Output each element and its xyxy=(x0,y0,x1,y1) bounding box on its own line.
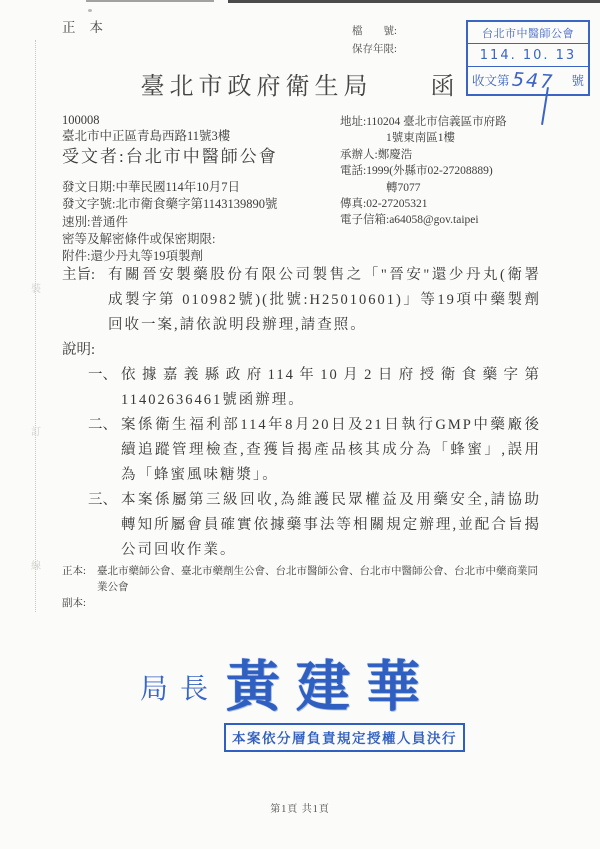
subject-row: 主旨: 有關晉安製藥股份有限公司製售之「"晉安"還少丹丸(衛署成製字第 0109… xyxy=(62,263,541,338)
scan-artifact-bar xyxy=(228,0,600,3)
explanation-item-2: 二、 案係衛生福利部114年8月20日及21日執行GMP中藥廠後續追蹤管理檢查,… xyxy=(88,413,541,488)
recipient-name: 台北市中醫師公會 xyxy=(126,147,278,166)
original-copy-row: 正本: 臺北市藥師公會、臺北市藥劑生公會、台北市醫師公會、台北市中醫師公會、台北… xyxy=(62,564,544,596)
explanation-label: 說明: xyxy=(62,338,541,363)
item-text: 案係衛生福利部114年8月20日及21日執行GMP中藥廠後續追蹤管理檢查,查獲旨… xyxy=(121,413,541,488)
distribution-block: 正本: 臺北市藥師公會、臺北市藥劑生公會、台北市醫師公會、台北市中醫師公會、台北… xyxy=(62,564,544,612)
recipient-label: 受文者: xyxy=(62,147,126,166)
issue-date-line: 發文日期:中華民國114年10月7日 xyxy=(62,179,278,196)
received-stamp-number-row: 收文第 號 547 xyxy=(468,67,588,94)
received-stamp-org: 台北市中醫師公會 xyxy=(468,22,588,44)
subject-text: 有關晉安製藥股份有限公司製售之「"晉安"還少丹丸(衛署成製字第 010982號)… xyxy=(108,263,541,338)
issue-number-line: 發文字號:北市衛食藥字第1143139890號 xyxy=(62,196,278,213)
priority-line: 速別:普通件 xyxy=(62,214,278,231)
letter-body: 主旨: 有關晉安製藥股份有限公司製售之「"晉安"還少丹丸(衛署成製字第 0109… xyxy=(62,263,541,563)
original-copy-label: 正本: xyxy=(62,564,97,596)
signer-title: 局長 xyxy=(140,667,220,707)
scan-artifact-dot xyxy=(88,9,92,12)
recipient-address: 臺北市中正區青島西路11號3樓 xyxy=(62,128,278,144)
signer-name-chop: 黃建華 xyxy=(226,643,436,722)
item-text: 本案係屬第三級回收,為維護民眾權益及用藥安全,請協助轉知所屬會員確實依據藥事法等… xyxy=(121,488,541,563)
item-number: 二、 xyxy=(88,413,121,488)
scan-artifact-bar xyxy=(86,0,214,2)
signature-row: 局長 黃建華 xyxy=(140,644,465,721)
original-copy-recipients: 臺北市藥師公會、臺北市藥劑生公會、台北市醫師公會、台北市中醫師公會、台北市中藥商… xyxy=(97,564,544,596)
signature-stamp: 局長 黃建華 本案依分層負責規定授權人員決行 xyxy=(140,644,465,752)
item-number: 三、 xyxy=(88,488,121,563)
classification-line: 密等及解密條件或保密期限: xyxy=(62,231,278,248)
recipient-postal-code: 100008 xyxy=(62,112,278,128)
explanation-item-1: 一、 依據嘉義縣政府114年10月2日府授衛食藥字第11402636461號函辦… xyxy=(88,363,541,413)
carbon-copy-label: 副本: xyxy=(62,596,97,612)
carbon-copy-row: 副本: xyxy=(62,596,544,612)
retention-label: 保存年限: xyxy=(352,41,397,59)
item-text: 依據嘉義縣政府114年10月2日府授衛食藥字第11402636461號函辦理。 xyxy=(121,363,541,413)
received-stamp: 台北市中醫師公會 114. 10. 13 收文第 號 547 xyxy=(466,20,590,96)
contact-address-line2: 1號東南區1樓 xyxy=(340,130,507,146)
binding-dotted-line xyxy=(35,40,36,612)
contact-phone-line1: 電話:1999(外縣市02-27208889) xyxy=(340,163,507,179)
contact-fax: 傳真:02-27205321 xyxy=(340,196,507,212)
binding-mark-xian: 線 xyxy=(29,557,43,572)
received-stamp-suffix: 號 xyxy=(571,71,584,89)
contact-email: 電子信箱:a64058@gov.taipei xyxy=(340,212,507,228)
contact-officer: 承辦人:鄭慶浩 xyxy=(340,147,507,163)
file-number-label: 檔 號: xyxy=(352,23,397,41)
received-stamp-handwritten-number: 547 xyxy=(511,69,555,94)
document-meta-block: 發文日期:中華民國114年10月7日 發文字號:北市衛食藥字第114313989… xyxy=(62,179,278,265)
contact-address-line1: 地址:110204 臺北市信義區市府路 xyxy=(340,114,507,130)
item-number: 一、 xyxy=(88,363,121,413)
binding-mark-ding: 訂 xyxy=(29,423,43,438)
page-number-footer: 第1頁 共1頁 xyxy=(0,800,600,815)
contact-phone-line2: 轉7077 xyxy=(340,180,507,196)
binding-mark-zhuang: 裝 xyxy=(29,280,43,295)
subject-label: 主旨: xyxy=(62,263,108,338)
received-stamp-prefix: 收文第 xyxy=(472,71,510,89)
file-number-block: 檔 號: 保存年限: xyxy=(352,23,397,59)
recipient-line: 受文者:台北市中醫師公會 xyxy=(62,149,278,165)
delegation-note-box: 本案依分層負責規定授權人員決行 xyxy=(224,723,465,752)
received-stamp-date: 114. 10. 13 xyxy=(468,44,588,67)
copy-type-label: 正本 xyxy=(62,16,117,36)
explanation-item-3: 三、 本案係屬第三級回收,為維護民眾權益及用藥安全,請協助轉知所屬會員確實依據藥… xyxy=(88,488,541,563)
contact-block: 地址:110204 臺北市信義區市府路 1號東南區1樓 承辦人:鄭慶浩 電話:1… xyxy=(340,114,507,229)
recipient-block: 100008 臺北市中正區青島西路11號3樓 受文者:台北市中醫師公會 xyxy=(62,112,278,165)
